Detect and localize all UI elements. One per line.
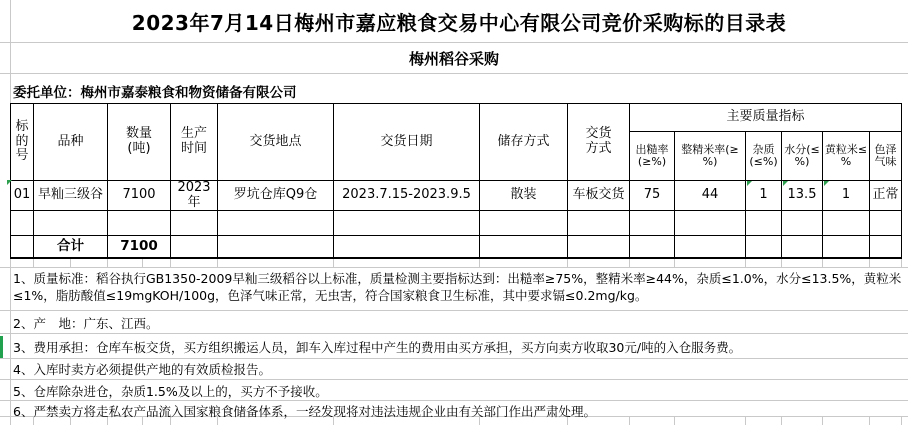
cell-delivery-place[interactable]: 罗坑仓库Q9仓: [218, 181, 334, 211]
col-header-bid-no[interactable]: 标的号: [11, 104, 34, 181]
note-line-6[interactable]: 6、严禁卖方将走私农产品流入国家粮食储备体系，一经发现将对违法违规企业由有关部门…: [13, 404, 596, 421]
cell-empty[interactable]: [870, 236, 902, 258]
header-row-1: 标的号 品种 数量(吨) 生产时间 交货地点 交货日期 储存方式 交货方式 主要…: [11, 104, 902, 132]
cell-milled-rice-rate[interactable]: 44: [675, 181, 746, 211]
col-header-milled-rice-rate[interactable]: 整精米率(≥%): [675, 132, 746, 181]
cell-empty[interactable]: [823, 211, 870, 236]
consignor-value: 梅州市嘉泰粮食和物资储备有限公司: [81, 85, 297, 101]
cell-empty[interactable]: [11, 236, 34, 258]
gridline: [0, 333, 908, 334]
cell-empty[interactable]: [675, 236, 746, 258]
spreadsheet-canvas: 2023年7月14日梅州市嘉应粮食交易中心有限公司竞价采购标的目录表 梅州稻谷采…: [0, 0, 908, 425]
cell-empty[interactable]: [108, 211, 171, 236]
col-header-quality-group[interactable]: 主要质量指标: [630, 104, 902, 132]
cell-empty[interactable]: [480, 236, 568, 258]
col-header-production-time[interactable]: 生产时间: [171, 104, 218, 181]
col-header-variety[interactable]: 品种: [34, 104, 108, 181]
cell-empty[interactable]: [568, 236, 630, 258]
cell-empty[interactable]: [34, 211, 108, 236]
note-line-1[interactable]: 1、质量标准：稻谷执行GB1350-2009早籼三级稻谷以上标准，质量检测主要指…: [13, 271, 903, 304]
gridline: [0, 379, 908, 380]
note-line-4[interactable]: 4、入库时卖方必须提供产地的有效质检报告。: [13, 362, 271, 379]
cell-total-label[interactable]: 合计: [34, 236, 108, 258]
cell-storage-method[interactable]: 散装: [480, 181, 568, 211]
col-header-delivery-method[interactable]: 交货方式: [568, 104, 630, 181]
table-row-empty: [11, 211, 902, 236]
gridline: [901, 417, 902, 425]
cell-quantity[interactable]: 7100: [108, 181, 171, 211]
error-marker-icon: [7, 180, 12, 185]
cell-variety[interactable]: 早籼三级谷: [34, 181, 108, 211]
col-header-husk-rate[interactable]: 出糙率(≥%): [630, 132, 675, 181]
cell-empty[interactable]: [480, 211, 568, 236]
error-marker-icon: [783, 181, 788, 186]
table-row-total: 合计 7100: [11, 236, 902, 258]
cell-empty[interactable]: [870, 211, 902, 236]
col-header-storage-method[interactable]: 储存方式: [480, 104, 568, 181]
consignor-line[interactable]: 委托单位：梅州市嘉泰粮食和物资储备有限公司: [13, 81, 297, 101]
gridline: [0, 310, 908, 311]
note-line-3[interactable]: 3、费用承担：仓库车板交货，买方组织搬运人员，卸车入库过程中产生的费用由买方承担…: [13, 340, 741, 357]
note-line-5[interactable]: 5、仓库除杂进仓，杂质1.5%及以上的，买方不予接收。: [13, 384, 328, 401]
gridline: [822, 417, 823, 425]
gridline: [0, 358, 908, 359]
cell-husk-rate[interactable]: 75: [630, 181, 675, 211]
cell-empty[interactable]: [823, 236, 870, 258]
page-title[interactable]: 2023年7月14日梅州市嘉应粮食交易中心有限公司竞价采购标的目录表: [10, 7, 908, 36]
table-row-lot-01: 01 早籼三级谷 7100 2023年 罗坑仓库Q9仓 2023.7.15-20…: [11, 181, 902, 211]
cell-empty[interactable]: [218, 236, 334, 258]
cell-empty[interactable]: [782, 236, 823, 258]
cell-empty[interactable]: [171, 236, 218, 258]
gridline: [0, 42, 908, 43]
col-header-quantity[interactable]: 数量(吨): [108, 104, 171, 181]
cell-empty[interactable]: [334, 236, 480, 258]
cell-production-time[interactable]: 2023年: [171, 181, 218, 211]
col-header-color-odor[interactable]: 色泽气味: [870, 132, 902, 181]
gridline: [0, 73, 908, 74]
gridline: [745, 417, 746, 425]
section-subtitle[interactable]: 梅州稻谷采购: [0, 48, 908, 69]
cell-total-quantity[interactable]: 7100: [108, 236, 171, 258]
gridline: [781, 417, 782, 425]
row-highlight-bar: [0, 336, 3, 358]
col-header-impurity[interactable]: 杂质(≤%): [746, 132, 782, 181]
cell-bid-no[interactable]: 01: [11, 181, 34, 211]
cell-empty[interactable]: [746, 211, 782, 236]
cell-color-odor[interactable]: 正常: [870, 181, 902, 211]
cell-empty[interactable]: [630, 236, 675, 258]
gridline: [674, 417, 675, 425]
col-header-delivery-date[interactable]: 交货日期: [334, 104, 480, 181]
col-header-moisture[interactable]: 水分(≤%): [782, 132, 823, 181]
cell-empty[interactable]: [675, 211, 746, 236]
cell-empty[interactable]: [171, 211, 218, 236]
note-line-2[interactable]: 2、产 地：广东、江西。: [13, 316, 158, 333]
cell-empty[interactable]: [568, 211, 630, 236]
cell-empty[interactable]: [782, 211, 823, 236]
consignor-label: 委托单位：: [13, 85, 81, 101]
gridline: [0, 267, 908, 268]
gridline: [869, 417, 870, 425]
cell-empty[interactable]: [746, 236, 782, 258]
catalog-table: 标的号 品种 数量(吨) 生产时间 交货地点 交货日期 储存方式 交货方式 主要…: [10, 103, 902, 259]
col-header-yellow-grain[interactable]: 黄粒米≤%: [823, 132, 870, 181]
cell-yellow-grain[interactable]: 1: [823, 181, 870, 211]
cell-empty[interactable]: [218, 211, 334, 236]
cell-delivery-method[interactable]: 车板交货: [568, 181, 630, 211]
cell-empty[interactable]: [11, 211, 34, 236]
cell-empty[interactable]: [630, 211, 675, 236]
cell-delivery-date[interactable]: 2023.7.15-2023.9.5: [334, 181, 480, 211]
cell-empty[interactable]: [334, 211, 480, 236]
error-marker-icon: [747, 181, 752, 186]
error-marker-icon: [824, 181, 829, 186]
col-header-delivery-place[interactable]: 交货地点: [218, 104, 334, 181]
gridline: [629, 417, 630, 425]
